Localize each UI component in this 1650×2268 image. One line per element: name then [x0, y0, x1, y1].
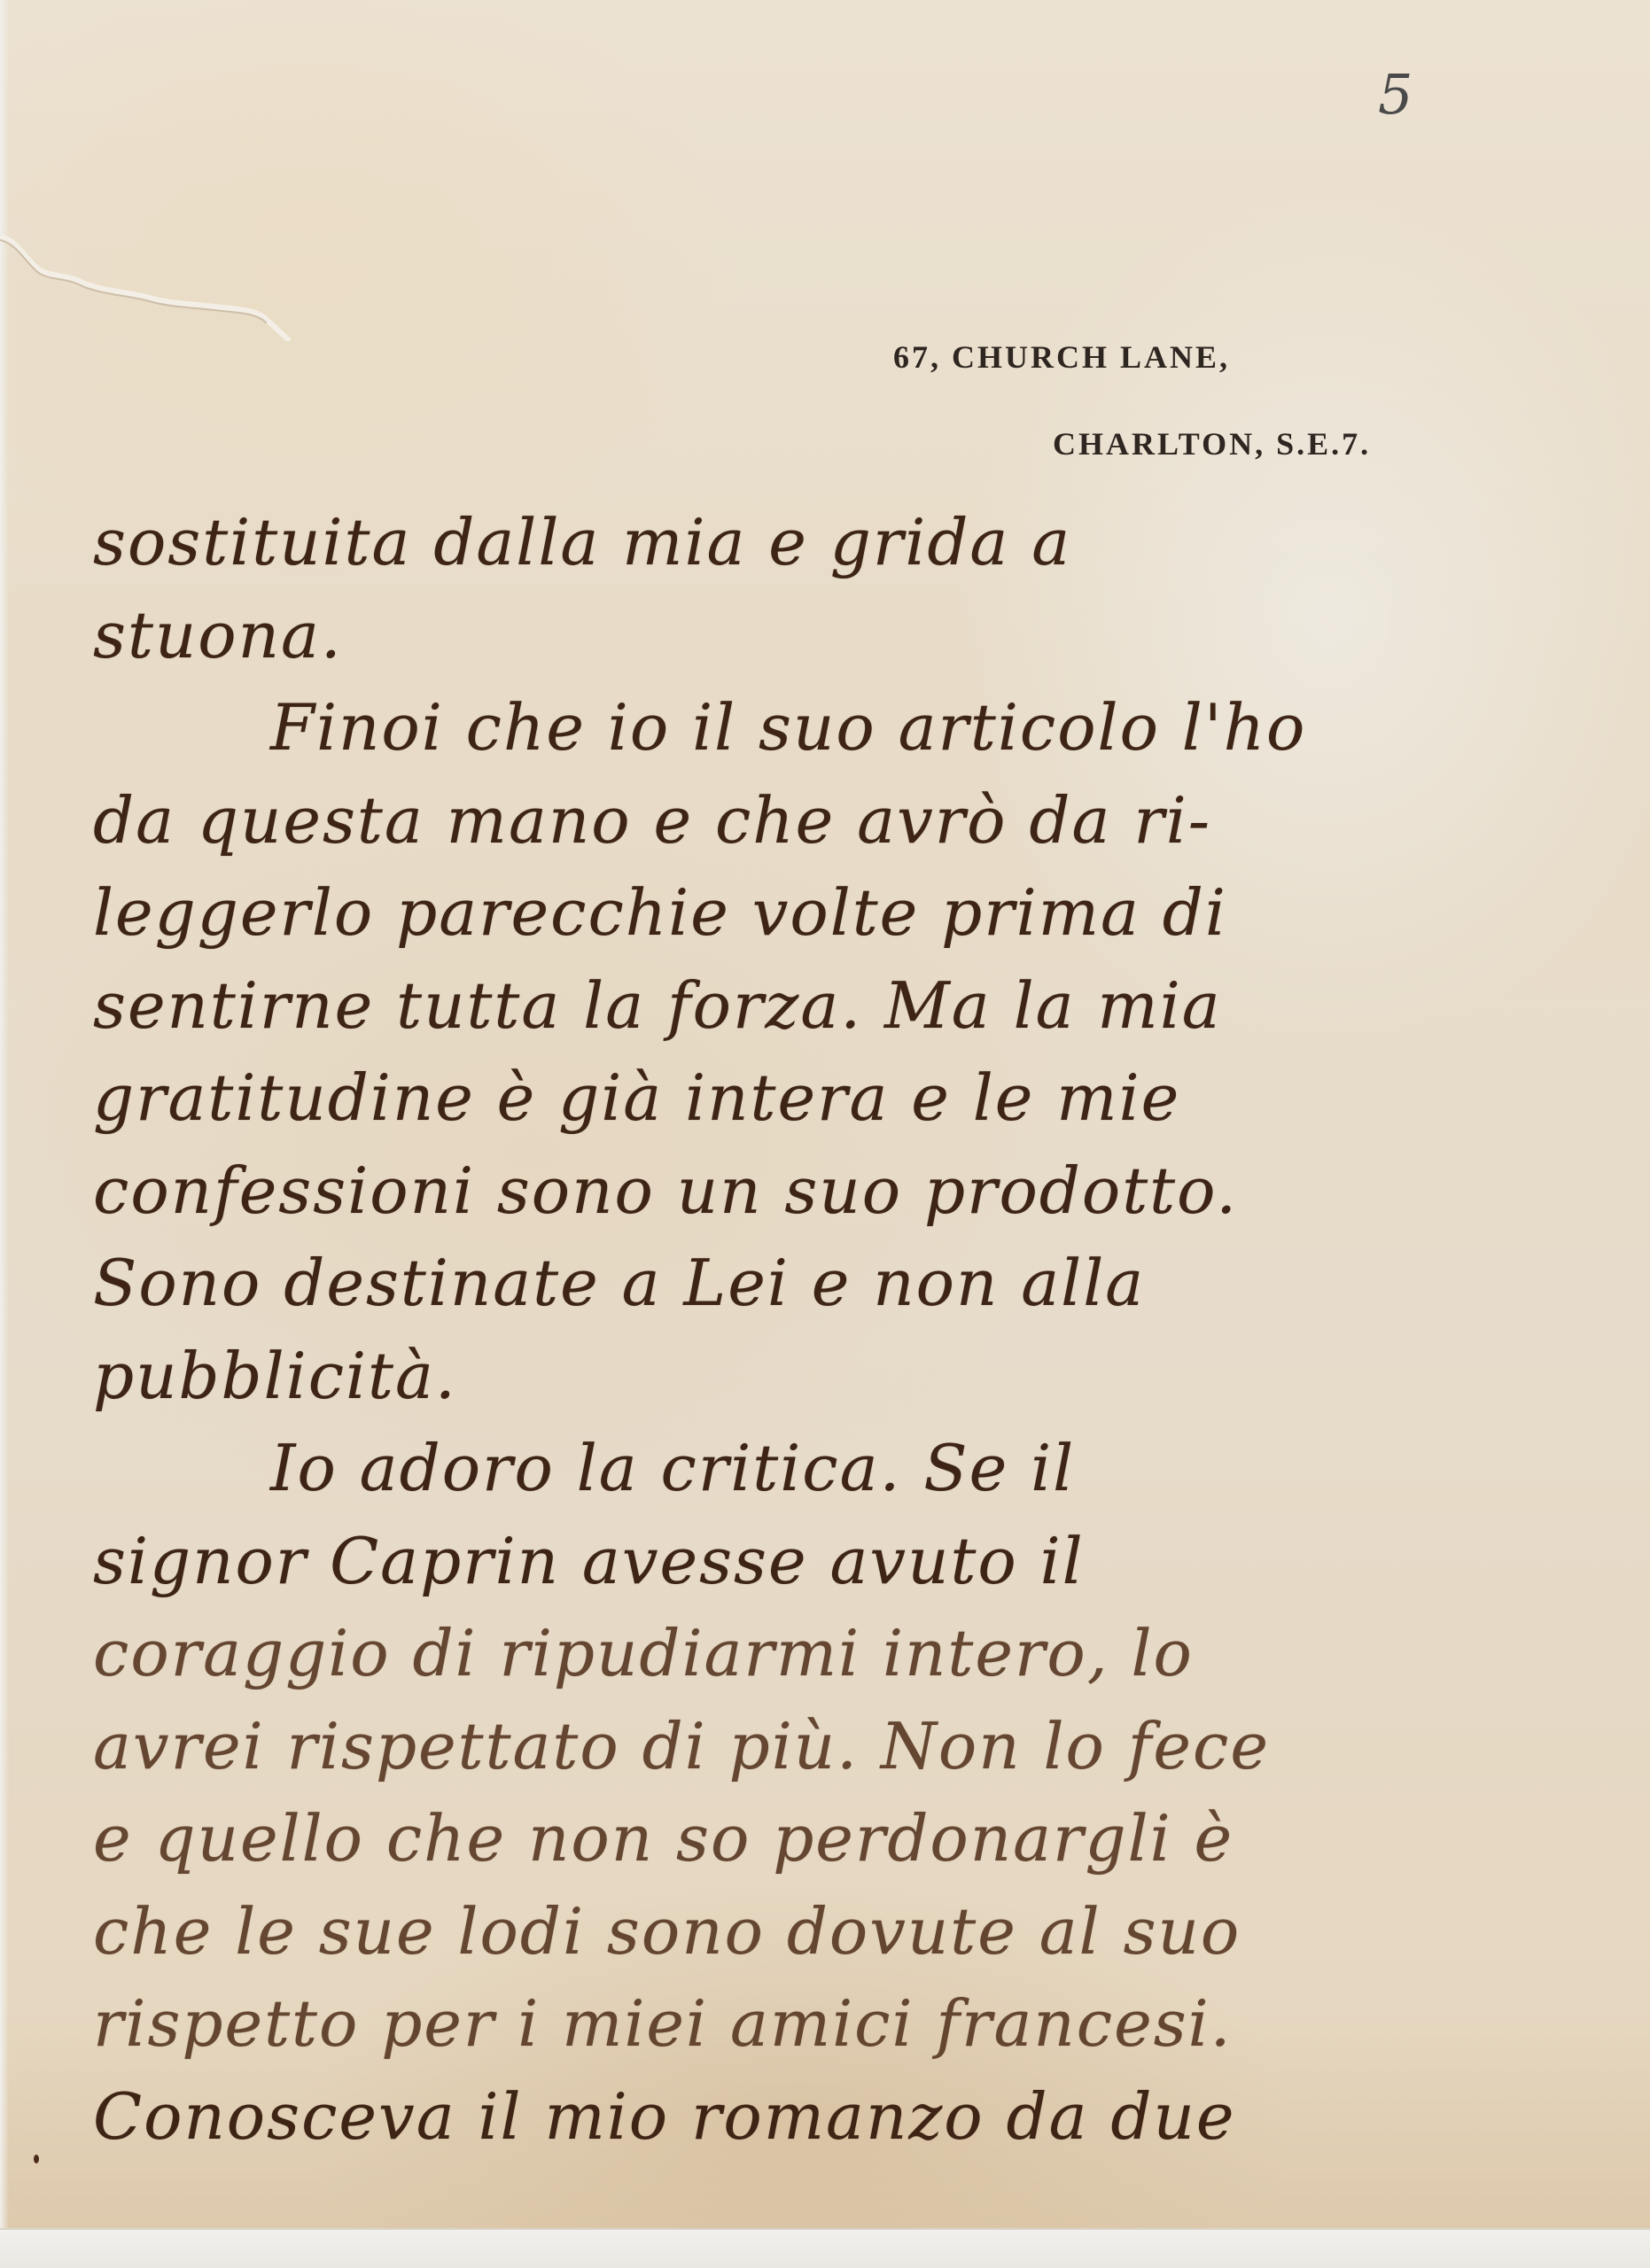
letter-line: sostituita dalla mia e grida a [93, 496, 1582, 589]
letter-line: Sono destinate a Lei e non alla [93, 1237, 1582, 1330]
letter-line: leggerlo parecchie volte prima di [93, 866, 1582, 959]
letter-line: da questa mano e che avrò da ri- [93, 774, 1582, 867]
letter-line: coraggio di ripudiarmi intero, lo [93, 1607, 1582, 1700]
letter-line: stuona. [93, 589, 1582, 682]
letter-line: confessioni sono un suo prodotto. [93, 1145, 1582, 1238]
letter-line: Finoi che io il suo articolo l'ho [93, 681, 1582, 774]
ink-speck [34, 2155, 39, 2163]
letter-body: sostituita dalla mia e grida a stuona. F… [93, 496, 1582, 2163]
letter-line: gratitudine è già intera e le mie [93, 1052, 1582, 1145]
letter-line: rispetto per i miei amici francesi. [93, 1977, 1582, 2070]
letter-line: Conosceva il mio romanzo da due [93, 2070, 1582, 2163]
letter-line: avrei rispettato di più. Non lo fece [93, 1700, 1582, 1793]
letter-line: che le sue lodi sono dovute al suo [93, 1885, 1582, 1978]
letter-line: signor Caprin avesse avuto il [93, 1515, 1582, 1608]
letter-line: pubblicità. [93, 1330, 1582, 1423]
paper-tear-crease [0, 235, 292, 341]
letterhead-street: 67, CHURCH LANE, [893, 338, 1230, 376]
mount-board-edge [0, 2228, 1650, 2268]
letter-line: sentirne tutta la forza. Ma la mia [93, 959, 1582, 1052]
page-number: 5 [1378, 62, 1413, 127]
letterhead-town: CHARLTON, S.E.7. [1053, 425, 1371, 462]
letter-line: Io adoro la critica. Se il [93, 1422, 1582, 1515]
letter-line: e quello che non so perdonargli è [93, 1792, 1582, 1885]
